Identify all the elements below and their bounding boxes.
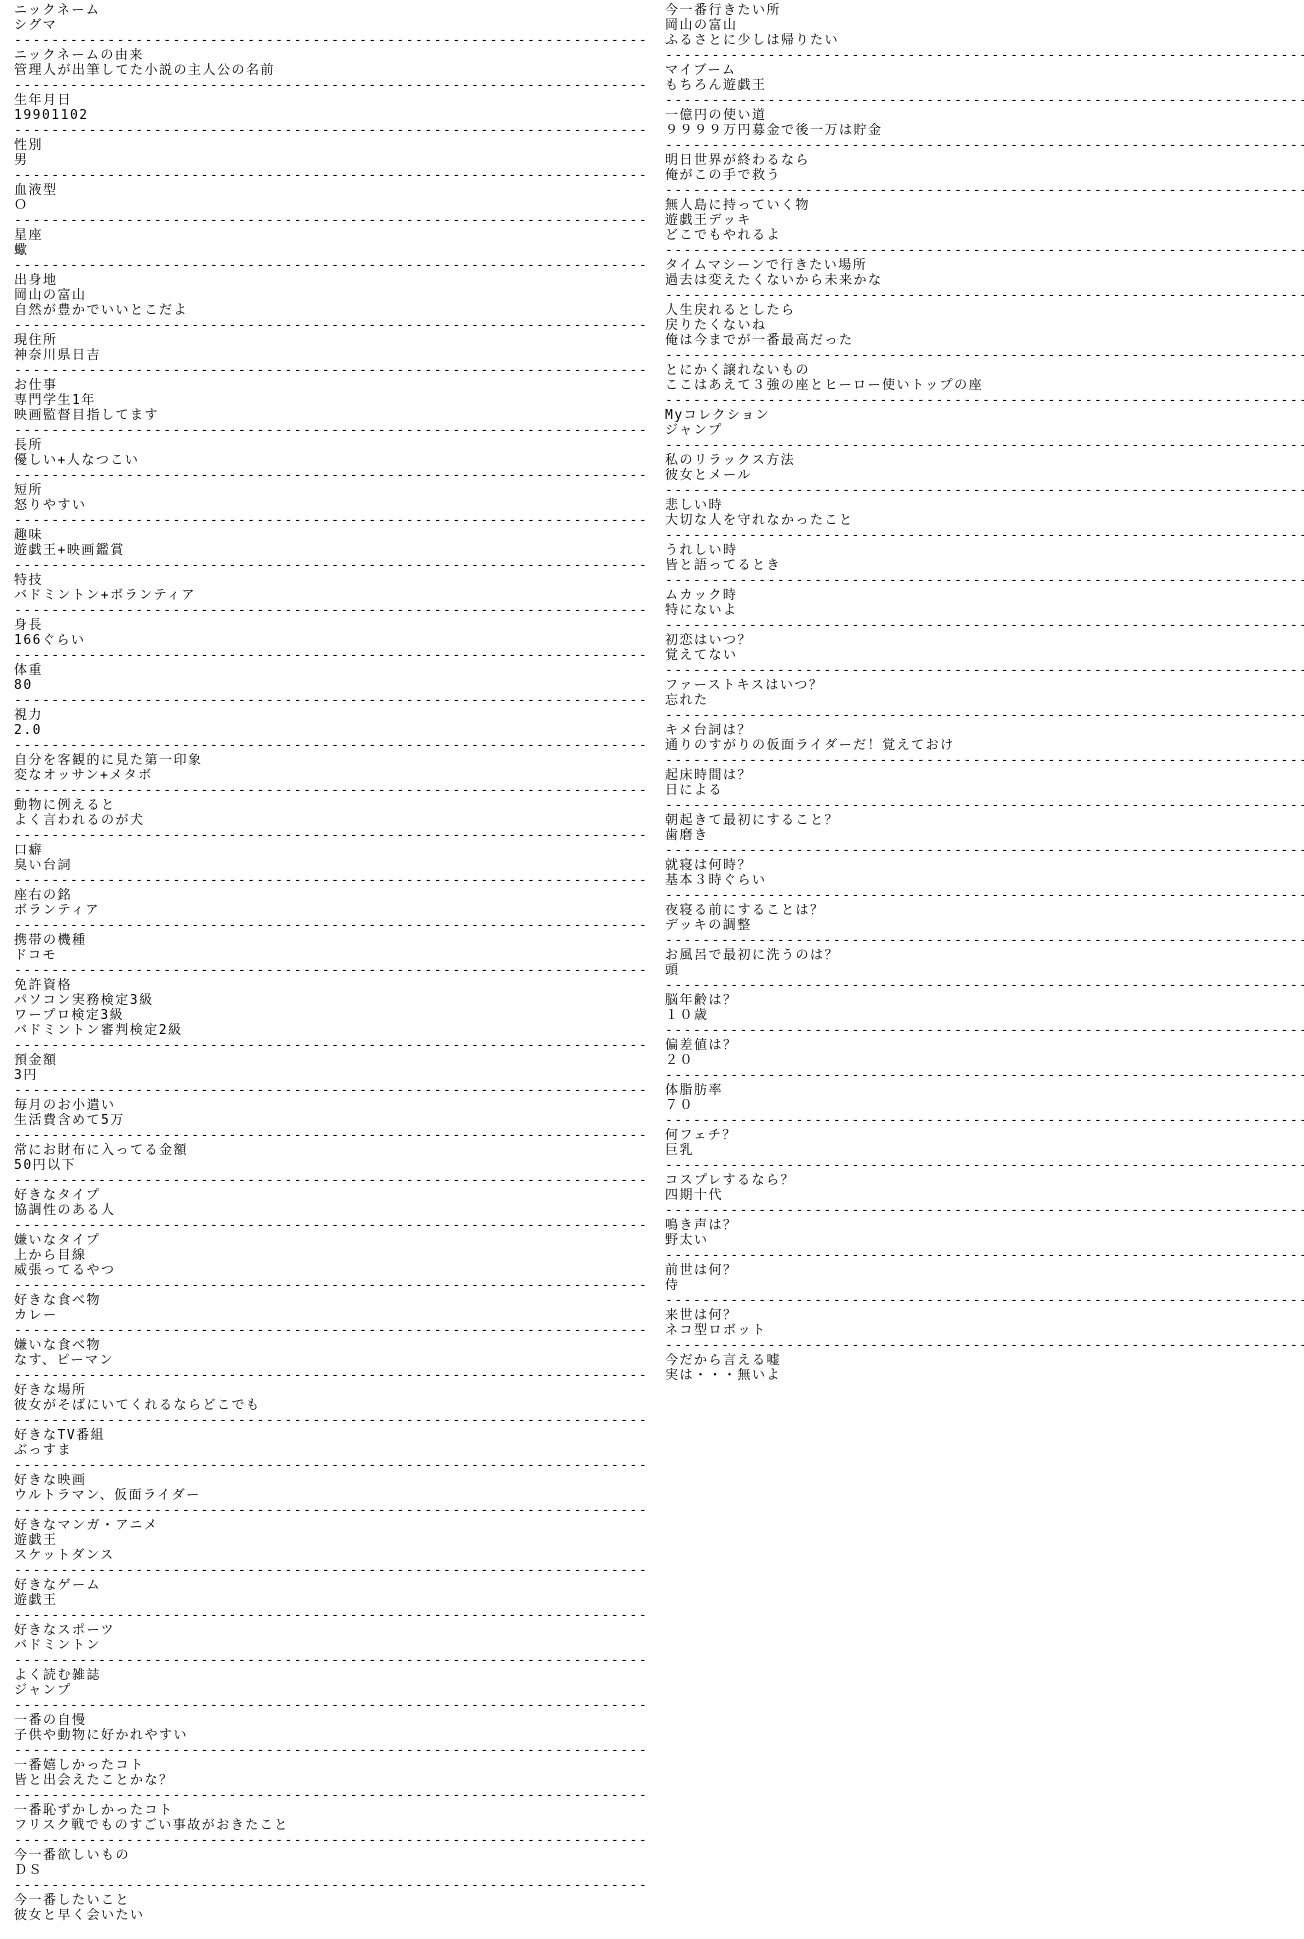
qa-item: 座右の銘ボランティア [14, 888, 648, 918]
qa-item: 預金額3円 [14, 1053, 648, 1083]
answer-line: 協調性のある人 [14, 1203, 648, 1218]
separator-line: ----------------------------------------… [14, 1653, 648, 1668]
separator-line: ----------------------------------------… [14, 783, 648, 798]
question-line: 来世は何？ [665, 1308, 1304, 1323]
answer-line: 実は・・・無いよ [665, 1368, 1304, 1383]
question-line: タイムマシーンで行きたい場所 [665, 258, 1304, 273]
separator-line: ----------------------------------------… [14, 1278, 648, 1293]
question-line: 常にお財布に入ってる金額 [14, 1143, 648, 1158]
answer-line: ２０ [665, 1053, 1304, 1068]
qa-item: 一番の自慢子供や動物に好かれやすい [14, 1713, 648, 1743]
answer-line: 岡山の富山 [665, 18, 1304, 33]
qa-item: 携帯の機種ドコモ [14, 933, 648, 963]
separator-line: ----------------------------------------… [14, 648, 648, 663]
answer-line: シグマ [14, 18, 648, 33]
question-line: 私のリラックス方法 [665, 453, 1304, 468]
answer-line: 忘れた [665, 693, 1304, 708]
separator-line: ----------------------------------------… [665, 1293, 1304, 1308]
question-line: 好きな映画 [14, 1473, 648, 1488]
answer-line: ジャンプ [14, 1683, 648, 1698]
question-line: ニックネーム [14, 3, 648, 18]
answer-line: Ｏ [14, 198, 648, 213]
qa-item: 好きな食べ物カレー [14, 1293, 648, 1323]
question-line: 好きなTV番組 [14, 1428, 648, 1443]
question-line: 今だから言える嘘 [665, 1353, 1304, 1368]
separator-line: ----------------------------------------… [14, 363, 648, 378]
separator-line: ----------------------------------------… [665, 663, 1304, 678]
qa-item: 好きなマンガ・アニメ遊戯王スケットダンス [14, 1518, 648, 1563]
separator-line: ----------------------------------------… [14, 1608, 648, 1623]
answer-line: 神奈川県日吉 [14, 348, 648, 363]
qa-item: Myコレクションジャンプ [665, 408, 1304, 438]
answer-line: 優しい+人なつこい [14, 453, 648, 468]
qa-item: 動物に例えるとよく言われるのが犬 [14, 798, 648, 828]
question-line: 今一番欲しいもの [14, 1848, 648, 1863]
qa-item: 来世は何？ネコ型ロボット [665, 1308, 1304, 1338]
qa-item: ニックネームの由来管理人が出筆してた小説の主人公の名前 [14, 48, 648, 78]
qa-item: タイムマシーンで行きたい場所過去は変えたくないから未来かな [665, 258, 1304, 288]
question-line: 何フェチ？ [665, 1128, 1304, 1143]
qa-item: 就寝は何時？基本３時ぐらい [665, 858, 1304, 888]
separator-line: ----------------------------------------… [665, 1203, 1304, 1218]
question-line: 初恋はいつ？ [665, 633, 1304, 648]
question-line: 起床時間は？ [665, 768, 1304, 783]
answer-line: 専門学生1年 [14, 393, 648, 408]
question-line: マイブーム [665, 63, 1304, 78]
answer-line: 皆と出会えたことかな？ [14, 1773, 648, 1788]
question-line: ニックネームの由来 [14, 48, 648, 63]
answer-line: 166ぐらい [14, 633, 648, 648]
separator-line: ----------------------------------------… [665, 93, 1304, 108]
question-line: 携帯の機種 [14, 933, 648, 948]
question-line: 悲しい時 [665, 498, 1304, 513]
question-line: キメ台詞は？ [665, 723, 1304, 738]
qa-item: 人生戻れるとしたら戻りたくないね俺は今までが一番最高だった [665, 303, 1304, 348]
qa-item: 今一番欲しいものＤＳ [14, 1848, 648, 1878]
question-line: 座右の銘 [14, 888, 648, 903]
question-line: 現住所 [14, 333, 648, 348]
qa-item: 初恋はいつ？覚えてない [665, 633, 1304, 663]
qa-item: ムカック時特にないよ [665, 588, 1304, 618]
right-column: 今一番行きたい所岡山の富山ふるさとに少しは帰りたい---------------… [665, 3, 1304, 1383]
separator-line: ----------------------------------------… [665, 843, 1304, 858]
question-line: 前世は何？ [665, 1263, 1304, 1278]
question-line: 免許資格 [14, 978, 648, 993]
answer-line: フリスク戦でものすごい事故がおきたこと [14, 1818, 648, 1833]
answer-line: ネコ型ロボット [665, 1323, 1304, 1338]
separator-line: ----------------------------------------… [14, 1743, 648, 1758]
separator-line: ----------------------------------------… [665, 528, 1304, 543]
question-line: 一番恥ずかしかったコト [14, 1803, 648, 1818]
answer-line: 怒りやすい [14, 498, 648, 513]
separator-line: ----------------------------------------… [14, 558, 648, 573]
qa-item: 一番嬉しかったコト皆と出会えたことかな？ [14, 1758, 648, 1788]
answer-line: スケットダンス [14, 1548, 648, 1563]
qa-item: 好きな場所彼女がそばにいてくれるならどこでも [14, 1383, 648, 1413]
answer-line: ここはあえて３強の座とヒーロー使いトップの座 [665, 378, 1304, 393]
answer-line: 遊戯王デッキ [665, 213, 1304, 228]
answer-line: 基本３時ぐらい [665, 873, 1304, 888]
separator-line: ----------------------------------------… [14, 1458, 648, 1473]
separator-line: ----------------------------------------… [14, 78, 648, 93]
answer-line: ７０ [665, 1098, 1304, 1113]
qa-item: 血液型Ｏ [14, 183, 648, 213]
answer-line: ボランティア [14, 903, 648, 918]
question-line: 体重 [14, 663, 648, 678]
separator-line: ----------------------------------------… [14, 738, 648, 753]
answer-line: デッキの調整 [665, 918, 1304, 933]
qa-item: 特技バドミントン+ボランティア [14, 573, 648, 603]
answer-line: パソコン実務検定3級 [14, 993, 648, 1008]
separator-line: ----------------------------------------… [14, 423, 648, 438]
qa-item: 今一番行きたい所岡山の富山ふるさとに少しは帰りたい [665, 3, 1304, 48]
separator-line: ----------------------------------------… [14, 1128, 648, 1143]
qa-item: 前世は何？侍 [665, 1263, 1304, 1293]
answer-line: 通りのすがりの仮面ライダーだ！覚えておけ [665, 738, 1304, 753]
question-line: コスプレするなら？ [665, 1173, 1304, 1188]
answer-line: ジャンプ [665, 423, 1304, 438]
qa-item: 身長166ぐらい [14, 618, 648, 648]
qa-item: 一番恥ずかしかったコトフリスク戦でものすごい事故がおきたこと [14, 1803, 648, 1833]
answer-line: 3円 [14, 1068, 648, 1083]
answer-line: 生活費含めて5万 [14, 1113, 648, 1128]
answer-line: 変なオッサン+メタボ [14, 768, 648, 783]
separator-line: ----------------------------------------… [665, 483, 1304, 498]
qa-item: よく読む雑誌ジャンプ [14, 1668, 648, 1698]
qa-item: 好きなタイプ協調性のある人 [14, 1188, 648, 1218]
separator-line: ----------------------------------------… [665, 1158, 1304, 1173]
answer-line: 野太い [665, 1233, 1304, 1248]
question-line: 毎月のお小遣い [14, 1098, 648, 1113]
qa-item: 趣味遊戯王+映画鑑賞 [14, 528, 648, 558]
qa-item: ファーストキスはいつ？忘れた [665, 678, 1304, 708]
qa-item: 常にお財布に入ってる金額50円以下 [14, 1143, 648, 1173]
answer-line: バドミントン [14, 1638, 648, 1653]
question-line: 預金額 [14, 1053, 648, 1068]
qa-item: 悲しい時大切な人を守れなかったこと [665, 498, 1304, 528]
answer-line: 日による [665, 783, 1304, 798]
answer-line: ドコモ [14, 948, 648, 963]
separator-line: ----------------------------------------… [665, 1248, 1304, 1263]
answer-line: 岡山の富山 [14, 288, 648, 303]
answer-line: 俺がこの手で救う [665, 168, 1304, 183]
separator-line: ----------------------------------------… [14, 123, 648, 138]
question-line: 好きなスポーツ [14, 1623, 648, 1638]
answer-line: 皆と語ってるとき [665, 558, 1304, 573]
answer-line: ぶっすま [14, 1443, 648, 1458]
answer-line: よく言われるのが犬 [14, 813, 648, 828]
qa-item: マイブームもちろん遊戯王 [665, 63, 1304, 93]
answer-line: 80 [14, 678, 648, 693]
profile-page: ニックネームシグマ-------------------------------… [0, 0, 1304, 1923]
answer-line: 彼女と早く会いたい [14, 1908, 648, 1923]
qa-item: 毎月のお小遣い生活費含めて5万 [14, 1098, 648, 1128]
separator-line: ----------------------------------------… [14, 918, 648, 933]
separator-line: ----------------------------------------… [14, 1218, 648, 1233]
answer-line: 歯磨き [665, 828, 1304, 843]
question-line: 好きな場所 [14, 1383, 648, 1398]
separator-line: ----------------------------------------… [14, 873, 648, 888]
separator-line: ----------------------------------------… [14, 1323, 648, 1338]
separator-line: ----------------------------------------… [14, 1878, 648, 1893]
question-line: 今一番したいこと [14, 1893, 648, 1908]
left-column: ニックネームシグマ-------------------------------… [14, 3, 648, 1923]
separator-line: ----------------------------------------… [14, 1788, 648, 1803]
question-line: お風呂で最初に洗うのは？ [665, 948, 1304, 963]
answer-line: 威張ってるやつ [14, 1263, 648, 1278]
question-line: 出身地 [14, 273, 648, 288]
question-line: Myコレクション [665, 408, 1304, 423]
qa-item: うれしい時皆と語ってるとき [665, 543, 1304, 573]
qa-item: 無人島に持っていく物遊戯王デッキどこでもやれるよ [665, 198, 1304, 243]
answer-line: 臭い台詞 [14, 858, 648, 873]
separator-line: ----------------------------------------… [14, 168, 648, 183]
qa-item: 一億円の使い道９９９９万円募金で後一万は貯金 [665, 108, 1304, 138]
question-line: ムカック時 [665, 588, 1304, 603]
separator-line: ----------------------------------------… [665, 888, 1304, 903]
question-line: 一億円の使い道 [665, 108, 1304, 123]
question-line: 短所 [14, 483, 648, 498]
qa-item: 好きなスポーツバドミントン [14, 1623, 648, 1653]
qa-item: 出身地岡山の富山自然が豊かでいいとこだよ [14, 273, 648, 318]
qa-item: キメ台詞は？通りのすがりの仮面ライダーだ！覚えておけ [665, 723, 1304, 753]
qa-item: 体脂肪率７０ [665, 1083, 1304, 1113]
answer-line: 2.0 [14, 723, 648, 738]
separator-line: ----------------------------------------… [665, 288, 1304, 303]
separator-line: ----------------------------------------… [14, 1413, 648, 1428]
separator-line: ----------------------------------------… [665, 798, 1304, 813]
answer-line: カレー [14, 1308, 648, 1323]
separator-line: ----------------------------------------… [14, 603, 648, 618]
separator-line: ----------------------------------------… [14, 1083, 648, 1098]
answer-line: なす、ピーマン [14, 1353, 648, 1368]
question-line: 好きなマンガ・アニメ [14, 1518, 648, 1533]
question-line: 身長 [14, 618, 648, 633]
qa-item: お仕事専門学生1年映画監督目指してます [14, 378, 648, 423]
question-line: とにかく譲れないもの [665, 363, 1304, 378]
question-line: 視力 [14, 708, 648, 723]
answer-line: どこでもやれるよ [665, 228, 1304, 243]
separator-line: ----------------------------------------… [665, 753, 1304, 768]
qa-item: 免許資格パソコン実務検定3級ワープロ検定3級バドミントン審判検定2級 [14, 978, 648, 1038]
separator-line: ----------------------------------------… [14, 213, 648, 228]
separator-line: ----------------------------------------… [14, 258, 648, 273]
separator-line: ----------------------------------------… [665, 183, 1304, 198]
qa-item: 私のリラックス方法彼女とメール [665, 453, 1304, 483]
qa-item: 好きなTV番組ぶっすま [14, 1428, 648, 1458]
question-line: 偏差値は？ [665, 1038, 1304, 1053]
qa-item: 自分を客観的に見た第一印象変なオッサン+メタボ [14, 753, 648, 783]
answer-line: 遊戯王+映画鑑賞 [14, 543, 648, 558]
qa-item: 起床時間は？日による [665, 768, 1304, 798]
qa-item: 嫌いなタイプ上から目線威張ってるやつ [14, 1233, 648, 1278]
answer-line: 彼女がそばにいてくれるならどこでも [14, 1398, 648, 1413]
separator-line: ----------------------------------------… [665, 348, 1304, 363]
separator-line: ----------------------------------------… [665, 48, 1304, 63]
question-line: 動物に例えると [14, 798, 648, 813]
answer-line: 管理人が出筆してた小説の主人公の名前 [14, 63, 648, 78]
answer-line: １０歳 [665, 1008, 1304, 1023]
question-line: 体脂肪率 [665, 1083, 1304, 1098]
separator-line: ----------------------------------------… [665, 933, 1304, 948]
answer-line: 子供や動物に好かれやすい [14, 1728, 648, 1743]
question-line: 人生戻れるとしたら [665, 303, 1304, 318]
question-line: 嫌いな食べ物 [14, 1338, 648, 1353]
qa-item: 朝起きて最初にすること？歯磨き [665, 813, 1304, 843]
answer-line: 戻りたくないね [665, 318, 1304, 333]
qa-item: ニックネームシグマ [14, 3, 648, 33]
question-line: 好きなゲーム [14, 1578, 648, 1593]
separator-line: ----------------------------------------… [665, 438, 1304, 453]
answer-line: 大切な人を守れなかったこと [665, 513, 1304, 528]
answer-line: 自然が豊かでいいとこだよ [14, 303, 648, 318]
question-line: よく読む雑誌 [14, 1668, 648, 1683]
separator-line: ----------------------------------------… [665, 978, 1304, 993]
answer-line: バドミントン+ボランティア [14, 588, 648, 603]
qa-item: 生年月日19901102 [14, 93, 648, 123]
qa-item: 鳴き声は？野太い [665, 1218, 1304, 1248]
separator-line: ----------------------------------------… [665, 243, 1304, 258]
separator-line: ----------------------------------------… [665, 573, 1304, 588]
separator-line: ----------------------------------------… [665, 618, 1304, 633]
question-line: 特技 [14, 573, 648, 588]
qa-item: コスプレするなら？四期十代 [665, 1173, 1304, 1203]
separator-line: ----------------------------------------… [14, 1038, 648, 1053]
qa-item: 短所怒りやすい [14, 483, 648, 513]
separator-line: ----------------------------------------… [14, 33, 648, 48]
question-line: 自分を客観的に見た第一印象 [14, 753, 648, 768]
question-line: 朝起きて最初にすること？ [665, 813, 1304, 828]
separator-line: ----------------------------------------… [14, 828, 648, 843]
separator-line: ----------------------------------------… [665, 1023, 1304, 1038]
question-line: 嫌いなタイプ [14, 1233, 648, 1248]
answer-line: ふるさとに少しは帰りたい [665, 33, 1304, 48]
qa-item: 好きな映画ウルトラマン、仮面ライダー [14, 1473, 648, 1503]
question-line: 夜寝る前にすることは？ [665, 903, 1304, 918]
separator-line: ----------------------------------------… [14, 468, 648, 483]
qa-item: 体重80 [14, 663, 648, 693]
separator-line: ----------------------------------------… [14, 513, 648, 528]
answer-line: 上から目線 [14, 1248, 648, 1263]
answer-line: 遊戯王 [14, 1593, 648, 1608]
answer-line: ウルトラマン、仮面ライダー [14, 1488, 648, 1503]
question-line: 趣味 [14, 528, 648, 543]
question-line: 明日世界が終わるなら [665, 153, 1304, 168]
question-line: 生年月日 [14, 93, 648, 108]
answer-line: 蠍 [14, 243, 648, 258]
question-line: 長所 [14, 438, 648, 453]
separator-line: ----------------------------------------… [665, 1338, 1304, 1353]
separator-line: ----------------------------------------… [14, 1563, 648, 1578]
answer-line: 俺は今までが一番最高だった [665, 333, 1304, 348]
question-line: 好きなタイプ [14, 1188, 648, 1203]
qa-item: 明日世界が終わるなら俺がこの手で救う [665, 153, 1304, 183]
question-line: 口癖 [14, 843, 648, 858]
separator-line: ----------------------------------------… [14, 1698, 648, 1713]
answer-line: 50円以下 [14, 1158, 648, 1173]
qa-item: 偏差値は？２０ [665, 1038, 1304, 1068]
answer-line: 覚えてない [665, 648, 1304, 663]
qa-item: 視力2.0 [14, 708, 648, 738]
answer-line: 彼女とメール [665, 468, 1304, 483]
separator-line: ----------------------------------------… [665, 138, 1304, 153]
answer-line: 頭 [665, 963, 1304, 978]
question-line: 好きな食べ物 [14, 1293, 648, 1308]
qa-item: お風呂で最初に洗うのは？頭 [665, 948, 1304, 978]
question-line: 星座 [14, 228, 648, 243]
question-line: 一番の自慢 [14, 1713, 648, 1728]
separator-line: ----------------------------------------… [14, 1173, 648, 1188]
separator-line: ----------------------------------------… [14, 1503, 648, 1518]
qa-item: 口癖臭い台詞 [14, 843, 648, 873]
answer-line: もちろん遊戯王 [665, 78, 1304, 93]
answer-line: 巨乳 [665, 1143, 1304, 1158]
question-line: 就寝は何時？ [665, 858, 1304, 873]
question-line: 無人島に持っていく物 [665, 198, 1304, 213]
separator-line: ----------------------------------------… [665, 1068, 1304, 1083]
answer-line: 遊戯王 [14, 1533, 648, 1548]
separator-line: ----------------------------------------… [14, 693, 648, 708]
separator-line: ----------------------------------------… [665, 1113, 1304, 1128]
answer-line: 過去は変えたくないから未来かな [665, 273, 1304, 288]
qa-item: 現住所神奈川県日吉 [14, 333, 648, 363]
answer-line: ＤＳ [14, 1863, 648, 1878]
answer-line: 映画監督目指してます [14, 408, 648, 423]
answer-line: バドミントン審判検定2級 [14, 1023, 648, 1038]
separator-line: ----------------------------------------… [14, 318, 648, 333]
separator-line: ----------------------------------------… [14, 1833, 648, 1848]
answer-line: 19901102 [14, 108, 648, 123]
qa-item: 何フェチ？巨乳 [665, 1128, 1304, 1158]
answer-line: ワープロ検定3級 [14, 1008, 648, 1023]
question-line: 性別 [14, 138, 648, 153]
qa-item: 脳年齢は？１０歳 [665, 993, 1304, 1023]
question-line: お仕事 [14, 378, 648, 393]
qa-item: 夜寝る前にすることは？デッキの調整 [665, 903, 1304, 933]
qa-item: 長所優しい+人なつこい [14, 438, 648, 468]
qa-item: 今一番したいこと彼女と早く会いたい [14, 1893, 648, 1923]
qa-item: 性別男 [14, 138, 648, 168]
qa-item: 星座蠍 [14, 228, 648, 258]
question-line: 今一番行きたい所 [665, 3, 1304, 18]
question-line: 血液型 [14, 183, 648, 198]
answer-line: ９９９９万円募金で後一万は貯金 [665, 123, 1304, 138]
answer-line: 特にないよ [665, 603, 1304, 618]
separator-line: ----------------------------------------… [665, 708, 1304, 723]
question-line: 一番嬉しかったコト [14, 1758, 648, 1773]
separator-line: ----------------------------------------… [14, 963, 648, 978]
answer-line: 侍 [665, 1278, 1304, 1293]
answer-line: 男 [14, 153, 648, 168]
qa-item: とにかく譲れないものここはあえて３強の座とヒーロー使いトップの座 [665, 363, 1304, 393]
question-line: 鳴き声は？ [665, 1218, 1304, 1233]
question-line: ファーストキスはいつ？ [665, 678, 1304, 693]
separator-line: ----------------------------------------… [14, 1368, 648, 1383]
qa-item: 今だから言える嘘実は・・・無いよ [665, 1353, 1304, 1383]
question-line: うれしい時 [665, 543, 1304, 558]
qa-item: 嫌いな食べ物なす、ピーマン [14, 1338, 648, 1368]
separator-line: ----------------------------------------… [665, 393, 1304, 408]
question-line: 脳年齢は？ [665, 993, 1304, 1008]
qa-item: 好きなゲーム遊戯王 [14, 1578, 648, 1608]
answer-line: 四期十代 [665, 1188, 1304, 1203]
